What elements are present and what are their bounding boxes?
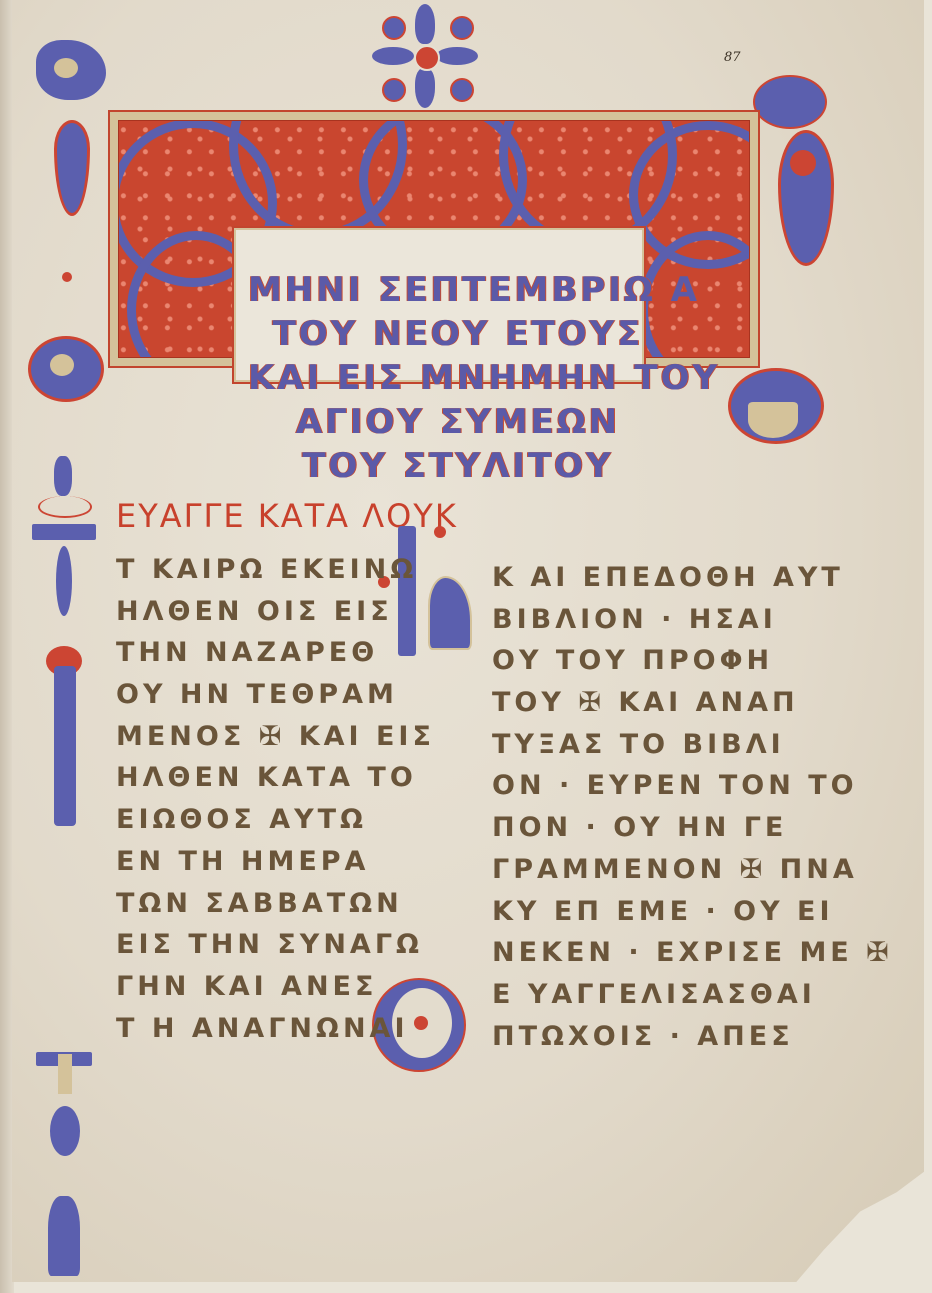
text-line: ΠΤΩΧΟΙΣ · ΑΠΕΣ	[492, 1016, 893, 1058]
text-line: ΗΛΘΕΝ ΚΑΤΑ ΤΟ	[116, 757, 435, 799]
text-line: ΟΥ ΤΟΥ ΠΡΟΦΗ	[492, 640, 893, 682]
text-line: ΤΩΝ ΣΑΒΒΑΤΩΝ	[116, 883, 435, 925]
text-line: Τ Η ΑΝΑΓΝΩΝΑΙ	[116, 1008, 435, 1050]
title-line: ΑΓΙΟΥ ΣΥΜΕΩΝ	[248, 400, 668, 444]
folio-number: 87	[724, 50, 741, 65]
initial-tau-lower-ornament-icon	[36, 1046, 96, 1266]
left-floral-pendant-ornament-icon	[26, 40, 116, 290]
title-line: ΚΑΙ ΕΙΣ ΜΝΗΜΗΝ ΤΟΥ	[248, 356, 668, 400]
text-line: ΚΥ ΕΠ ΕΜΕ · ΟΥ ΕΙ	[492, 891, 893, 933]
text-line: Τ ΚΑΙΡΩ ΕΚΕΙΝΩ	[116, 549, 435, 591]
book-spine-gutter	[0, 0, 14, 1293]
title-line: ΤΟΥ ΝΕΟΥ ΕΤΟΥΣ	[248, 312, 668, 356]
right-floral-boss-ornament-icon	[728, 368, 828, 458]
title-line: ΤΟΥ ΣΤΥΛΙΤΟΥ	[248, 444, 668, 488]
text-line: ΕΙΣ ΤΗΝ ΣΥΝΑΓΩ	[116, 924, 435, 966]
text-line: ΗΛΘΕΝ ΟΙΣ ΕΙΣ	[116, 591, 435, 633]
text-line: ΟΝ · ΕΥΡΕΝ ΤΟΝ ΤΟ	[492, 765, 893, 807]
text-line: ΜΕΝΟΣ ✠ ΚΑΙ ΕΙΣ	[116, 716, 435, 758]
text-line: ΠΟΝ · ΟΥ ΗΝ ΓΕ	[492, 807, 893, 849]
text-line: ΒΙΒΛΙΟΝ · ΗΣΑΙ	[492, 599, 893, 641]
text-line: Κ ΑΙ ΕΠΕΔΟΘΗ ΑΥΤ	[492, 557, 893, 599]
text-line: ΝΕΚΕΝ · ΕΧΡΙΣΕ ΜΕ ✠	[492, 932, 893, 974]
manuscript-page: 87	[12, 0, 924, 1282]
text-line: ΤΥΞΑΣ ΤΟ ΒΙΒΛΙ	[492, 724, 893, 766]
right-floral-pendant-ornament-icon	[748, 70, 858, 300]
text-column-right: Κ ΑΙ ΕΠΕΔΟΘΗ ΑΥΤ ΒΙΒΛΙΟΝ · ΗΣΑΙ ΟΥ ΤΟΥ Π…	[492, 557, 893, 1057]
text-column-left: Τ ΚΑΙΡΩ ΕΚΕΙΝΩ ΗΛΘΕΝ ΟΙΣ ΕΙΣ ΤΗΝ ΝΑΖΑΡΕΘ…	[116, 549, 435, 1049]
rubricated-title: ΜΗΝΙ ΣΕΠΤΕΜΒΡΙΩ Α ΤΟΥ ΝΕΟΥ ΕΤΟΥΣ ΚΑΙ ΕΙΣ…	[248, 268, 668, 488]
text-line: ΕΝ ΤΗ ΗΜΕΡΑ	[116, 841, 435, 883]
text-line: ΟΥ ΗΝ ΤΕΘΡΑΜ	[116, 674, 435, 716]
text-line: ΤΗΝ ΝΑΖΑΡΕΘ	[116, 632, 435, 674]
text-line: Ε ΥΑΓΓΕΛΙΣΑΣΘΑΙ	[492, 974, 893, 1016]
left-floral-boss-ornament-icon	[28, 336, 108, 406]
text-line: ΤΟΥ ✠ ΚΑΙ ΑΝΑΠ	[492, 682, 893, 724]
initial-tau-ornament-icon	[32, 456, 102, 836]
title-line: ΜΗΝΙ ΣΕΠΤΕΜΒΡΙΩ Α	[248, 268, 668, 312]
text-line: ΓΡΑΜΜΕΝΟΝ ✠ ΠΝΑ	[492, 849, 893, 891]
text-line: ΓΗΝ ΚΑΙ ΑΝΕΣ	[116, 966, 435, 1008]
top-rosette-ornament-icon	[360, 2, 490, 112]
text-line: ΕΙΩΘΟΣ ΑΥΤΩ	[116, 799, 435, 841]
